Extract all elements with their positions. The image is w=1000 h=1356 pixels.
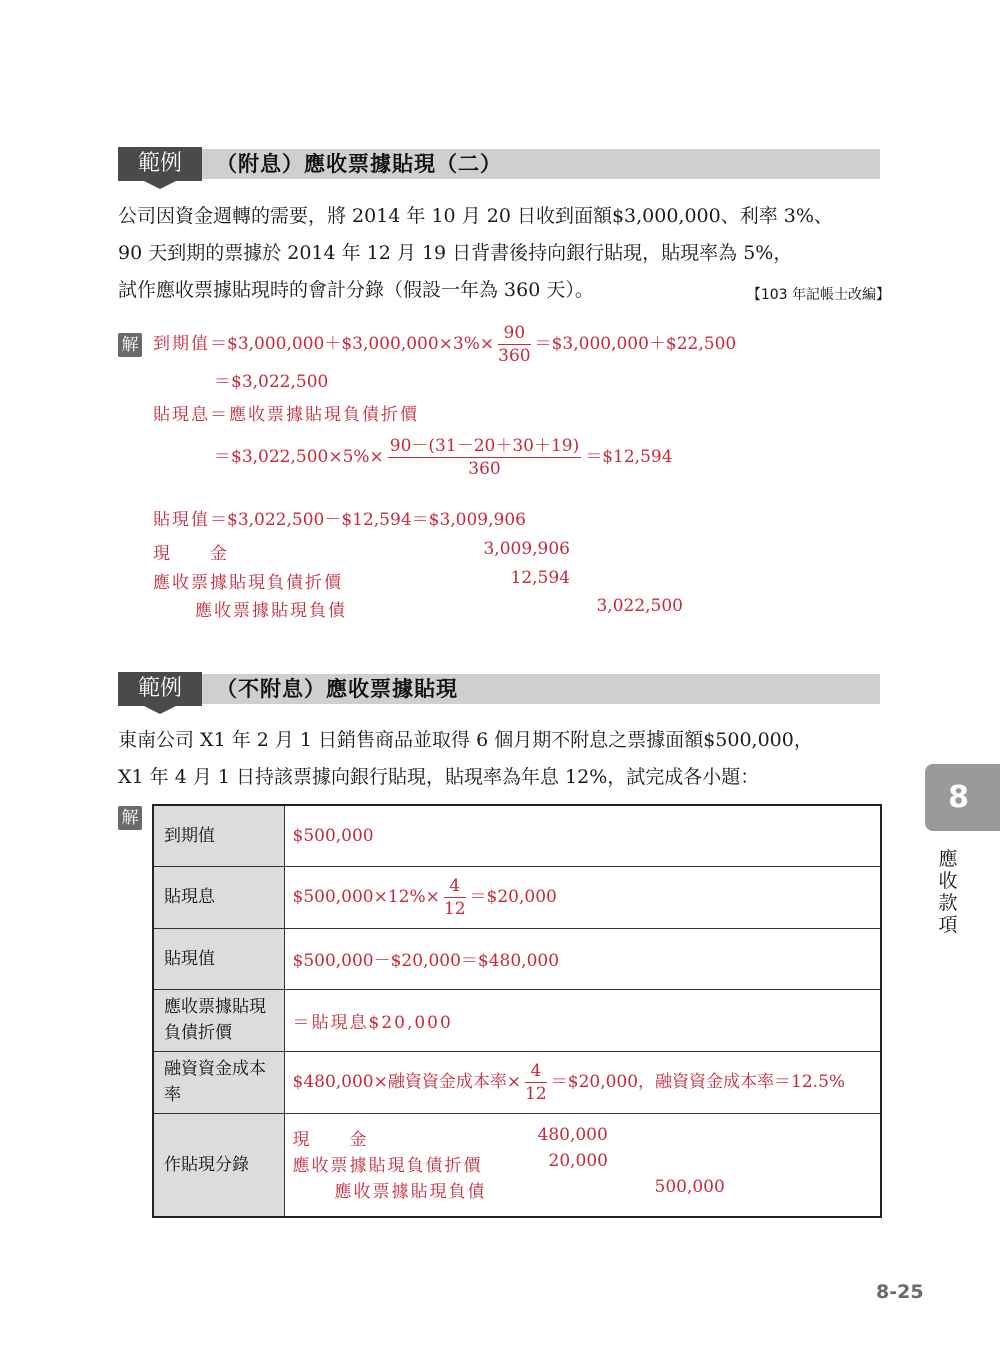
- example-2-header: 範例 （不附息）應收票據貼現: [118, 674, 880, 704]
- journal-credit: 500,000: [655, 1177, 725, 1197]
- example-title: （不附息）應收票據貼現: [216, 674, 458, 704]
- solution-badge: 解: [118, 333, 142, 357]
- row-label: 貼現值: [153, 928, 284, 989]
- fraction-numerator: 4: [525, 1060, 547, 1083]
- fraction-numerator: 90－(31－20＋30＋19): [388, 435, 581, 458]
- table-row: 融資資金成本率 $480,000×融資資金成本率×412＝$20,000，融資資…: [153, 1051, 881, 1113]
- table-row: 貼現息 $500,000×12%×412＝$20,000: [153, 866, 881, 928]
- journal-account: 應收票據貼現負債: [335, 1177, 487, 1202]
- row-label: 融資資金成本率: [153, 1051, 284, 1113]
- fraction-numerator: 4: [444, 875, 466, 898]
- journal-account: 應收票據貼現負債折價: [293, 1151, 483, 1176]
- solution-badge: 解: [118, 806, 142, 830]
- journal-debit: 20,000: [549, 1151, 608, 1171]
- journal-debit: 3,009,906: [483, 539, 570, 559]
- expr-right: ＝$20,000，融資資金成本率＝12.5%: [551, 1072, 845, 1092]
- example-2-question: 東南公司 X1 年 2 月 1 日銷售商品並取得 6 個月期不附息之票據面額$5…: [118, 722, 888, 796]
- journal-account: 現 金: [293, 1125, 369, 1150]
- row-label: 貼現息: [153, 866, 284, 928]
- maturity-expr-right: ＝$3,000,000＋$22,500: [535, 334, 737, 354]
- fraction-numerator: 90: [498, 322, 530, 345]
- discount-expr-left: ＝$3,022,500×5%×: [214, 447, 384, 467]
- table-row: 貼現值 $500,000－$20,000＝$480,000: [153, 928, 881, 989]
- maturity-value-line: 到期值＝$3,000,000＋$3,000,000×3%×90360＝$3,00…: [153, 322, 736, 367]
- example-1-header: 範例 （附息）應收票據貼現（二）: [118, 149, 880, 179]
- question-line: 公司因資金週轉的需要，將 2014 年 10 月 20 日收到面額$3,000,…: [118, 198, 888, 235]
- question-line: X1 年 4 月 1 日持該票據向銀行貼現，貼現率為年息 12%，試完成各小題：: [118, 759, 888, 796]
- fraction-denominator: 360: [388, 458, 581, 480]
- journal-credit: 3,022,500: [596, 596, 683, 616]
- proceeds-label: 貼現值: [153, 510, 210, 530]
- discount-definition: ＝應收票據貼現負債折價: [210, 405, 419, 425]
- journal-account: 現 金: [153, 539, 229, 564]
- row-value: $500,000: [284, 805, 881, 866]
- fraction: 412: [525, 1060, 547, 1105]
- fraction: 412: [444, 875, 466, 920]
- proceeds-expr: ＝$3,022,500－$12,594＝$3,009,906: [210, 510, 526, 530]
- row-value: $480,000×融資資金成本率×412＝$20,000，融資資金成本率＝12.…: [284, 1051, 881, 1113]
- row-value: $500,000×12%×412＝$20,000: [284, 866, 881, 928]
- discount-expr-right: ＝$12,594: [585, 447, 672, 467]
- chapter-tab: 8: [925, 764, 1000, 831]
- expr-left: $500,000×12%×: [293, 887, 440, 907]
- example-tag: 範例: [118, 147, 202, 181]
- journal-debit: 12,594: [511, 568, 570, 588]
- example-tag: 範例: [118, 672, 202, 706]
- row-label: 到期值: [153, 805, 284, 866]
- journal-account: 應收票據貼現負債: [195, 596, 347, 621]
- journal-account: 應收票據貼現負債折價: [153, 568, 343, 593]
- maturity-label: 到期值: [153, 334, 210, 354]
- example-1-question: 公司因資金週轉的需要，將 2014 年 10 月 20 日收到面額$3,000,…: [118, 198, 888, 309]
- row-value: $500,000－$20,000＝$480,000: [284, 928, 881, 989]
- discount-calc-line: ＝$3,022,500×5%×90－(31－20＋30＋19)360＝$12,5…: [214, 435, 673, 480]
- page-number: 8-25: [876, 1281, 924, 1303]
- journal-entry-1: 現 金 3,009,906 應收票據貼現負債折價 12,594 應收票據貼現負債…: [153, 539, 713, 629]
- example-title: （附息）應收票據貼現（二）: [216, 149, 502, 179]
- discount-definition-line: 貼現息＝應收票據貼現負債折價: [153, 400, 419, 425]
- table-row: 作貼現分錄 現 金 480,000 應收票據貼現負債折價 20,000 應收票據…: [153, 1113, 881, 1217]
- question-line: 90 天到期的票據於 2014 年 12 月 19 日背書後持向銀行貼現，貼現率…: [118, 235, 888, 272]
- fraction: 90－(31－20＋30＋19)360: [388, 435, 581, 480]
- maturity-expr-left: ＝$3,000,000＋$3,000,000×3%×: [210, 334, 494, 354]
- maturity-result: ＝$3,022,500: [214, 367, 328, 392]
- fraction-denominator: 12: [525, 1083, 547, 1105]
- proceeds-line: 貼現值＝$3,022,500－$12,594＝$3,009,906: [153, 505, 526, 530]
- expr-left: $480,000×融資資金成本率×: [293, 1072, 522, 1092]
- fraction: 90360: [498, 322, 530, 367]
- source-tag: 【103 年記帳士改編】: [747, 277, 890, 314]
- table-row: 到期值 $500,000: [153, 805, 881, 866]
- discount-label: 貼現息: [153, 405, 210, 425]
- fraction-denominator: 360: [498, 345, 530, 367]
- journal-debit: 480,000: [538, 1125, 608, 1145]
- table-row: 應收票據貼現負債折價 ＝貼現息$20,000: [153, 989, 881, 1051]
- journal-entry-2: 現 金 480,000 應收票據貼現負債折價 20,000 應收票據貼現負債 5…: [293, 1125, 873, 1205]
- question-line: 東南公司 X1 年 2 月 1 日銷售商品並取得 6 個月期不附息之票據面額$5…: [118, 722, 888, 759]
- fraction-denominator: 12: [444, 898, 466, 920]
- row-value: ＝貼現息$20,000: [284, 989, 881, 1051]
- chapter-name: 應收款項: [936, 848, 960, 936]
- row-value: 現 金 480,000 應收票據貼現負債折價 20,000 應收票據貼現負債 5…: [284, 1113, 881, 1217]
- row-label: 應收票據貼現負債折價: [153, 989, 284, 1051]
- solution-table: 到期值 $500,000 貼現息 $500,000×12%×412＝$20,00…: [152, 804, 882, 1218]
- row-label: 作貼現分錄: [153, 1113, 284, 1217]
- expr-right: ＝$20,000: [470, 887, 557, 907]
